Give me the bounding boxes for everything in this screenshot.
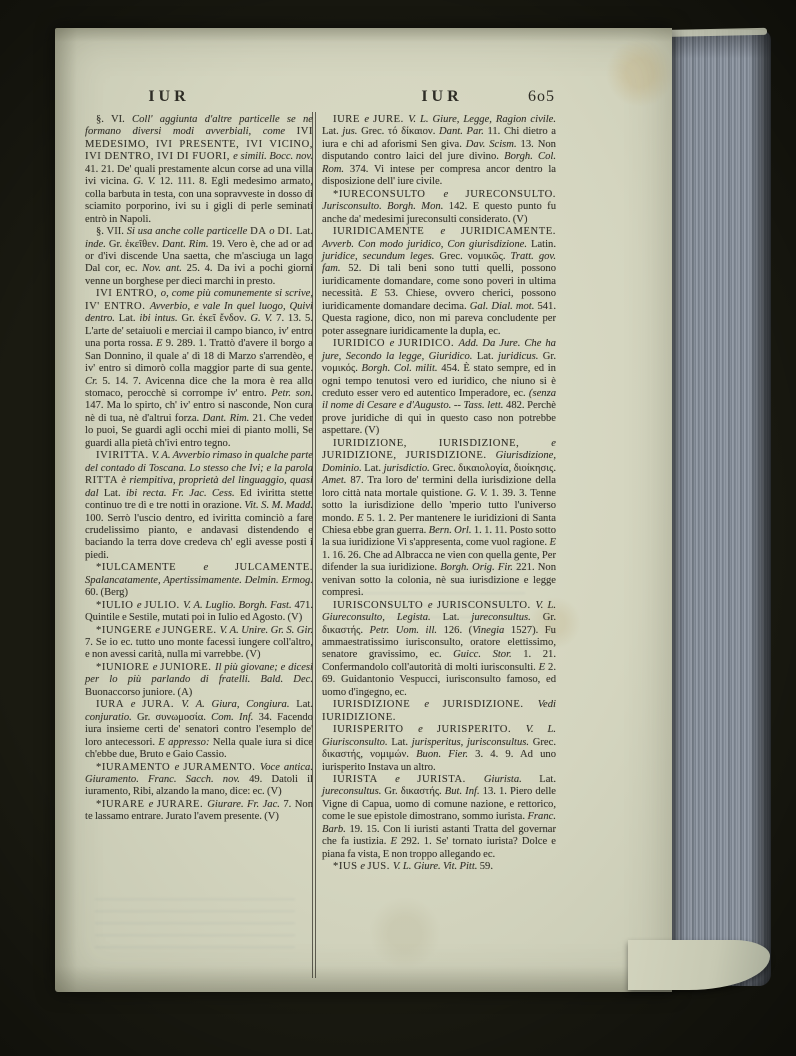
text-segment: IV' ENTRO.: [85, 301, 150, 312]
dictionary-entry: IURISDIZIONE e JURISDIZIONE. Vedi IURIDI…: [322, 699, 556, 724]
text-segment: Com. Inf.: [211, 712, 259, 723]
text-segment: Gal. Dial. mot.: [470, 301, 538, 312]
text-segment: V. A. Luglio. Borgh. Fast.: [183, 600, 294, 611]
dictionary-entry: *IUNGERE e JUNGERE. V. A. Unire. Gr. S. …: [85, 625, 313, 662]
text-segment: Lat.: [296, 699, 313, 710]
text-segment: e: [424, 699, 442, 710]
text-segment: Vedi: [538, 699, 556, 710]
text-segment: Spalancatamente, Apertissimamente. Delmi…: [85, 575, 313, 586]
text-segment: Dav. Scism.: [466, 139, 521, 150]
dictionary-entry: IURIDIZIONE, IURISDIZIONE, e JURIDIZIONE…: [322, 438, 556, 600]
text-segment: IURISTA: [333, 774, 395, 785]
text-segment: *IUNGERE: [96, 625, 155, 636]
text-segment: e: [441, 226, 461, 237]
text-segment: G. V.: [466, 488, 491, 499]
text-segment: V. A. Unire. Gr. S. Gir.: [220, 625, 313, 636]
text-segment: Latin.: [531, 239, 556, 250]
text-segment: inde.: [85, 239, 109, 250]
text-segment: Lat.: [119, 313, 140, 324]
text-segment: e: [149, 799, 157, 810]
text-segment: IURIDIZIONE.: [322, 712, 396, 723]
text-segment: 59.: [480, 861, 493, 872]
book-page: IUR IUR 6o5 §. VI. Coll' aggiunta d'altr…: [55, 28, 672, 992]
text-segment: E: [391, 836, 402, 847]
dictionary-entry: §. VII. Si usa anche colle particelle DA…: [85, 226, 313, 288]
text-segment: Vit. S. M. Madd.: [244, 500, 313, 511]
text-segment: jurisperitus, jurisconsultus.: [412, 737, 533, 748]
text-segment: Dant. Par.: [439, 126, 487, 137]
text-segment: conjuratio.: [85, 712, 137, 723]
text-segment: 126. (: [444, 625, 473, 636]
text-segment: JURECONSULTO.: [466, 189, 556, 200]
text-segment: Amet.: [322, 475, 350, 486]
text-segment: Lat.: [364, 463, 383, 474]
text-segment: 7. Se io ec. tutto uno monte facessi iun…: [85, 637, 313, 660]
text-segment: Lat.: [104, 488, 126, 499]
dictionary-entry: §. VI. Coll' aggiunta d'altre particelle…: [85, 114, 313, 226]
text-segment: Gr. συνωμοσία.: [137, 712, 211, 723]
text-segment: e: [395, 774, 417, 785]
text-segment: Avverb. Con modo juridico, Con giurisdiz…: [322, 239, 531, 250]
text-segment: V. A. Giura, Congiura.: [181, 699, 296, 710]
text-segment: ibi recta. Fr. Jac. Cess.: [126, 488, 240, 499]
text-segment: Grec. νομικῶς.: [439, 251, 510, 262]
text-segment: Borgh. Orig. Fir.: [440, 562, 516, 573]
text-segment: jus.: [342, 126, 361, 137]
text-segment: e: [131, 699, 142, 710]
text-segment: G. V.: [250, 313, 276, 324]
dictionary-entry: *IURARE e JURARE. Giurare. Fr. Jac. 7. N…: [85, 799, 313, 824]
text-segment: Buon. Fier.: [416, 749, 475, 760]
text-segment: Cr.: [85, 376, 102, 387]
text-segment: *IURECONSULTO: [333, 189, 443, 200]
text-segment: Lat.: [322, 126, 342, 137]
text-segment: RITTA: [85, 475, 121, 486]
text-segment: JURA.: [142, 699, 181, 710]
text-segment: DI.: [277, 226, 296, 237]
running-head-right: IUR: [404, 88, 480, 112]
text-segment: 374. Vi intese per compresa ancor dentro…: [322, 164, 556, 187]
text-segment: §. VI.: [96, 114, 132, 125]
text-segment: *IURARE: [96, 799, 149, 810]
text-segment: juridice, secundum leges.: [322, 251, 439, 262]
text-segment: e: [175, 762, 184, 773]
text-segment: IURIDICAMENTE: [333, 226, 441, 237]
text-segment: G. V.: [133, 176, 160, 187]
text-segment: E: [156, 338, 166, 349]
text-segment: V. L. Giure. Vit. Pitt.: [393, 861, 480, 872]
text-segment: e: [203, 562, 234, 573]
dictionary-entry: IURIDICO e JURIDICO. Add. Da Jure. Che h…: [322, 338, 556, 438]
page-edges-texture: [672, 30, 771, 986]
dictionary-entry: IURISCONSULTO e JURISCONSULTO. V. L. Giu…: [322, 600, 556, 700]
text-segment: e: [551, 438, 556, 449]
text-segment: §. VII.: [96, 226, 127, 237]
text-segment: Lat.: [391, 737, 411, 748]
text-segment: JURISPERITO.: [437, 724, 526, 735]
dictionary-entry: IURISTA e JURISTA. Giurista. Lat. jureco…: [322, 774, 556, 861]
dictionary-entry: *IURAMENTO e JURAMENTO. Voce antica. Giu…: [85, 762, 313, 799]
text-segment: Jurisconsulto. Borgh. Mon.: [322, 201, 449, 212]
text-segment: Buonaccorso juniore. (A): [85, 687, 192, 698]
text-segment: Bern. Orl.: [429, 525, 474, 536]
text-segment: JURIDICAMENTE.: [461, 226, 556, 237]
text-segment: Vinegia: [472, 625, 511, 636]
text-segment: ibi intus.: [139, 313, 181, 324]
text-segment: Lat.: [477, 351, 498, 362]
text-segment: JURARE.: [157, 799, 208, 810]
text-segment: *IUS: [333, 861, 360, 872]
text-segment: E: [539, 662, 548, 673]
text-segment: JUNGERE.: [162, 625, 219, 636]
text-segment: Lat.: [443, 612, 472, 623]
text-segment: Guicc. Stor.: [453, 649, 523, 660]
text-segment: Petr. Uom. ill.: [370, 625, 444, 636]
text-segment: Grec. δικαιολογία, διοίκησις.: [432, 463, 556, 474]
text-segment: Petr. son.: [271, 388, 313, 399]
text-segment: IVIRITTA.: [96, 450, 152, 461]
text-segment: IURA: [96, 699, 131, 710]
text-segment: IURE: [333, 114, 364, 125]
text-segment: Gr. ἐκεῖθεν.: [109, 239, 162, 250]
text-segment: Si usa anche colle particelle: [127, 226, 250, 237]
dictionary-entry: IURE e JURE. V. L. Giure, Legge, Ragion …: [322, 114, 556, 189]
text-segment: E appresso:: [158, 737, 212, 748]
right-column-body: IURE e JURE. V. L. Giure, Legge, Ragion …: [322, 114, 556, 874]
dictionary-entry: IURA e JURA. V. A. Giura, Congiura. Lat.…: [85, 699, 313, 761]
text-segment: E: [357, 513, 366, 524]
text-segment: JURAMENTO.: [183, 762, 260, 773]
text-segment: JURIDIZIONE, JURISDIZIONE.: [322, 450, 496, 461]
text-segment: But. Inf.: [445, 786, 483, 797]
text-segment: Borgh. Col. milit.: [362, 363, 442, 374]
dictionary-entry: *IULIO e JULIO. V. A. Luglio. Borgh. Fas…: [85, 600, 313, 625]
dictionary-entry: *IULCAMENTE e JULCAMENTE. Spalancatament…: [85, 562, 313, 599]
text-segment: DA: [250, 226, 269, 237]
text-segment: Dant. Rim.: [202, 413, 252, 424]
text-segment: JURISTA.: [417, 774, 484, 785]
text-segment: Nov. ant.: [142, 263, 186, 274]
text-segment: e: [428, 600, 437, 611]
dictionary-entry: *IUNIORE e JUNIORE. Il più giovane; e di…: [85, 662, 313, 699]
text-segment: JURISDIZIONE.: [443, 699, 538, 710]
dictionary-entry: IVI ENTRO, o, come più comunemente si sc…: [85, 288, 313, 450]
text-segment: E: [550, 537, 556, 548]
text-segment: jurisdictio.: [384, 463, 433, 474]
text-segment: IURIDIZIONE, IURISDIZIONE,: [333, 438, 551, 449]
text-segment: juridicus.: [498, 351, 543, 362]
text-segment: e: [418, 724, 437, 735]
text-segment: *IULCAMENTE: [96, 562, 203, 573]
page-number: 6o5: [503, 88, 555, 112]
dictionary-entry: IURIDICAMENTE e JURIDICAMENTE. Avverb. C…: [322, 226, 556, 338]
dictionary-entry: *IUS e JUS. V. L. Giure. Vit. Pitt. 59.: [322, 861, 556, 873]
text-segment: JURISCONSULTO.: [437, 600, 536, 611]
text-segment: Lat.: [296, 226, 313, 237]
text-segment: JURIDICO.: [398, 338, 458, 349]
text-segment: Grec. τό δίκαιον.: [361, 126, 439, 137]
dictionary-entry: IURISPERITO e JURISPERITO. V. L. Giurisc…: [322, 724, 556, 774]
text-segment: V. L. Giure, Legge, Ragion civile.: [408, 114, 556, 125]
text-segment: Lat.: [539, 774, 556, 785]
text-segment: JULCAMENTE.: [235, 562, 313, 573]
text-segment: jureconsultus.: [471, 612, 542, 623]
text-segment: IURISPERITO: [333, 724, 418, 735]
text-segment: JUNIORE.: [160, 662, 215, 673]
text-segment: *IULIO: [96, 600, 137, 611]
text-segment: 100. Serrò l'uscio dentro, ed iviritta c…: [85, 513, 313, 561]
show-through-text: [95, 888, 295, 948]
text-segment: o, come più comunemente si scrive,: [161, 288, 313, 299]
text-segment: *IURAMENTO: [96, 762, 175, 773]
text-segment: Giurista.: [484, 774, 539, 785]
text-segment: e simili. Bocc. nov.: [233, 151, 313, 162]
text-segment: JUS.: [367, 861, 392, 872]
text-segment: e: [364, 114, 373, 125]
text-segment: IURIDICO: [333, 338, 390, 349]
text-segment: Giurare. Fr. Jac.: [207, 799, 283, 810]
text-segment: JULIO.: [144, 600, 183, 611]
text-segment: e: [443, 189, 465, 200]
running-head-left: IUR: [131, 88, 207, 112]
text-segment: e: [390, 338, 399, 349]
column-divider-rule: [312, 112, 316, 978]
text-segment: jureconsultus.: [322, 786, 384, 797]
text-segment: 60. (Berg): [85, 587, 128, 598]
text-segment: E: [371, 288, 385, 299]
text-segment: Gr. ἐκεῖ ἔνδον.: [182, 313, 251, 324]
scanned-book-photo: { "colors": { "background": "#181810", "…: [0, 0, 796, 1056]
text-segment: JURE.: [373, 114, 408, 125]
left-column-body: §. VI. Coll' aggiunta d'altre particelle…: [85, 114, 313, 824]
text-segment: IURISDIZIONE: [333, 699, 424, 710]
dictionary-entry: *IURECONSULTO e JURECONSULTO. Jurisconsu…: [322, 189, 556, 226]
text-segment: *IUNIORE: [96, 662, 153, 673]
text-segment: IVI ENTRO,: [96, 288, 161, 299]
dictionary-entry: IVIRITTA. V. A. Avverbio rimaso in qualc…: [85, 450, 313, 562]
text-segment: Gr. δικαστής.: [384, 786, 444, 797]
text-segment: Dant. Rim.: [162, 239, 211, 250]
text-segment: IURISCONSULTO: [333, 600, 428, 611]
